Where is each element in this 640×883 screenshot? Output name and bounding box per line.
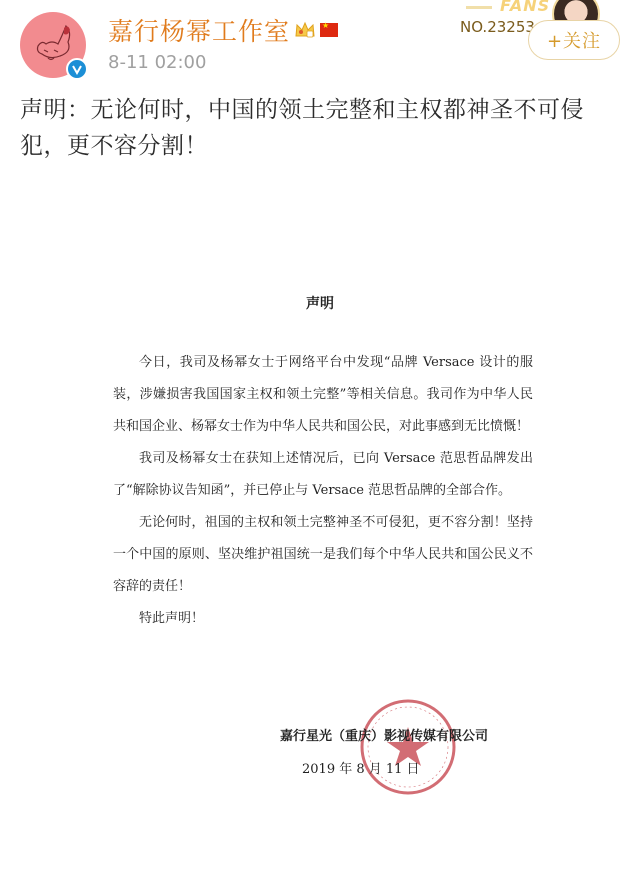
fans-decoration [466, 6, 492, 9]
fans-label: FANS [500, 0, 550, 15]
post-header: 嘉行杨幂工作室 8-11 02:00 FANS NO.23253 +关注 [0, 0, 640, 88]
statement-paragraph: 我司及杨幂女士在获知上述情况后，已向 Versace 范思哲品牌发出了“解除协议… [113, 443, 533, 507]
company-signature: 嘉行星光（重庆）影视传媒有限公司 [280, 725, 488, 744]
statement-date: 2019 年 8 月 11 日 [302, 758, 420, 777]
statement-image[interactable]: 声明 今日，我司及杨幂女士于网络平台中发现“品牌 Versace 设计的服装，涉… [0, 175, 640, 883]
statement-paragraph: 今日，我司及杨幂女士于网络平台中发现“品牌 Versace 设计的服装，涉嫌损害… [113, 347, 533, 443]
post-timestamp: 8-11 02:00 [108, 52, 206, 73]
statement-body: 今日，我司及杨幂女士于网络平台中发现“品牌 Versace 设计的服装，涉嫌损害… [113, 347, 533, 635]
verified-badge-icon [66, 58, 88, 80]
crown-icon [294, 20, 316, 40]
avatar[interactable] [20, 12, 90, 82]
post-text: 声明：无论何时，中国的领土完整和主权都神圣不可侵犯，更不容分割！ [20, 92, 620, 164]
author-name-row: 嘉行杨幂工作室 [108, 12, 338, 48]
company-seal-icon [358, 697, 458, 797]
statement-paragraph: 特此声明！ [113, 603, 533, 635]
author-name[interactable]: 嘉行杨幂工作室 [108, 12, 290, 48]
statement-paragraph: 无论何时，祖国的主权和领土完整神圣不可侵犯，更不容分割！坚持一个中国的原则、坚决… [113, 507, 533, 603]
fans-number: NO.23253 [460, 18, 535, 36]
china-flag-icon [320, 23, 338, 37]
follow-button[interactable]: +关注 [528, 20, 620, 60]
statement-title: 声明 [0, 293, 640, 313]
